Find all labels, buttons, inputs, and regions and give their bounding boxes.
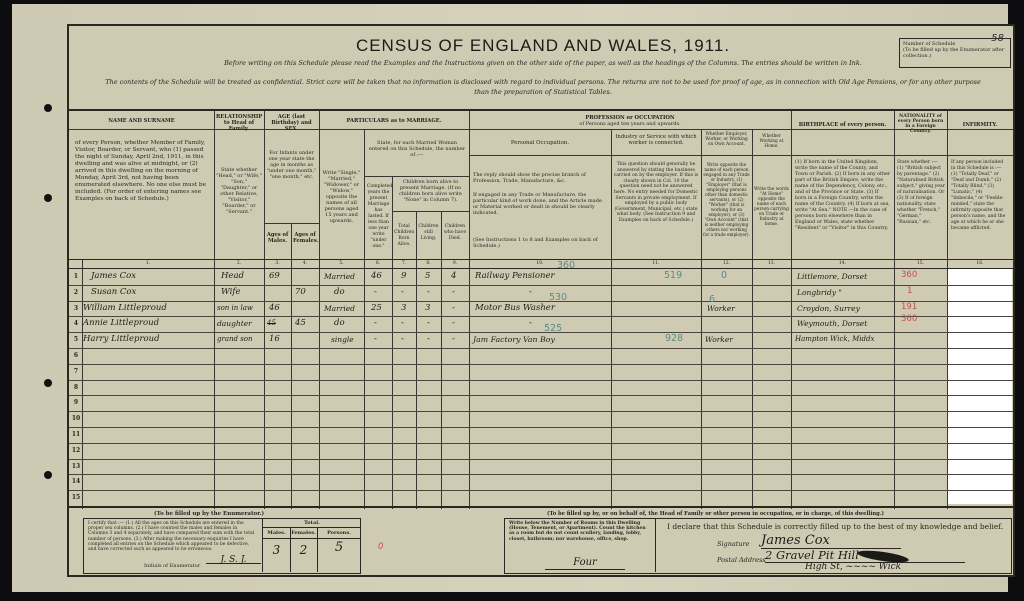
enumerator-initials: J. S. J. (206, 557, 261, 564)
column-number: 15. (894, 260, 947, 268)
cell-children-living: - (427, 332, 430, 347)
totals-table: Total. Males. Females. Persons. 3 2 5 (262, 519, 361, 572)
table-row-empty: 8 (69, 380, 1013, 397)
pencil-code: 525 (544, 323, 562, 334)
header-marriage-total: Total Children Born Alive. (392, 223, 416, 249)
cell-age-female: 70 (295, 285, 306, 300)
signature-label: Signature (717, 541, 750, 547)
cell-age-male: 46 (269, 301, 280, 316)
column-number: 12. (701, 260, 752, 268)
row-number: 12 (71, 443, 81, 458)
cell-employer: Worker (707, 301, 735, 316)
row-number: 13 (71, 459, 81, 474)
row-number: 6 (71, 348, 81, 363)
column-number: 13. (752, 260, 791, 268)
row-number: 7 (71, 364, 81, 379)
red-code: 1 (907, 286, 912, 296)
cell-name: Annie Littleproud (83, 316, 159, 331)
cell-children-living: - (427, 285, 430, 300)
enumerator-caption: (To be filled up by the Enumerator.) (154, 511, 264, 517)
header-birthplace-title: BIRTHPLACE of every person. (791, 121, 894, 129)
row-number: 2 (71, 285, 81, 300)
header-relationship-body: State whether "Head," or "Wife," "Son," … (214, 166, 264, 216)
row-number: 14 (71, 474, 81, 489)
signature: James Cox (761, 533, 901, 549)
cell-age-male: 69 (269, 269, 280, 284)
header-divider (69, 129, 1013, 130)
red-code: 360 (901, 270, 917, 280)
cell-relationship: daughter (217, 316, 252, 331)
punch-hole (44, 104, 52, 112)
pencil-code: 519 (664, 270, 682, 281)
row-number: 5 (71, 332, 81, 347)
table-row-empty: 10 (69, 411, 1013, 428)
header-divider (470, 155, 611, 156)
table-row-empty: 11 (69, 427, 1013, 444)
rooms-box: Write below the Number of Rooms in this … (505, 519, 656, 572)
cell-total-children: - (401, 332, 404, 347)
rooms-instruction: Write below the Number of Rooms in this … (509, 521, 651, 542)
header-marriage-write: Write "Single," "Married," "Widower," or… (319, 169, 364, 225)
pencil-code: 0 (721, 270, 727, 281)
table-row-empty: 7 (69, 364, 1013, 381)
row-number: 10 (71, 411, 81, 426)
table-row: 1 James Cox Head 69 Married 46 9 5 4 Rai… (69, 269, 1013, 286)
census-table: NAME AND SURNAME of every Person, whethe… (69, 109, 1013, 509)
red-code: 191 (901, 302, 917, 312)
cell-name: James Cox (91, 269, 136, 284)
row-number: 11 (71, 427, 81, 442)
cell-relationship: son in law (217, 301, 253, 316)
punch-hole (44, 471, 52, 479)
cell-children-died: - (452, 332, 455, 347)
cell-occupation: - (529, 316, 532, 331)
table-row-empty: 13 (69, 459, 1013, 476)
row-number: 4 (71, 316, 81, 331)
header-personal-occupation: Personal Occupation. (469, 139, 611, 147)
cell-name: Susan Cox (91, 285, 136, 300)
header-personal-body-1: The reply should show the precise branch… (471, 171, 609, 185)
header-divider (393, 211, 469, 212)
cell-marriage: Married (324, 301, 355, 316)
table-row: 2 Susan Cox Wife 70 do - - - - - Longbri… (69, 285, 1013, 302)
row-number: 3 (71, 301, 81, 316)
totals-persons-label: Persons. (317, 530, 361, 536)
header-employer-body: Write opposite the name of each person e… (701, 161, 752, 238)
cell-occupation: - (529, 285, 532, 300)
cell-years: 46 (371, 269, 382, 284)
punch-hole (44, 379, 52, 387)
column-number: 2. (214, 260, 264, 268)
header-marriage-died: Children who have Died. (441, 223, 469, 243)
cell-children-died: - (452, 316, 455, 331)
column-number: 14. (791, 260, 894, 268)
schedule-number-box: Number of Schedule 58 (To be filled up b… (899, 38, 1011, 68)
cell-marriage: do (334, 285, 345, 300)
cell-relationship: Head (221, 269, 244, 284)
header-home-body: Write the words "At Home" opposite the n… (752, 186, 791, 228)
document-title: CENSUS OF ENGLAND AND WALES, 1911. (69, 36, 1017, 56)
cell-employer: Worker (705, 332, 733, 347)
cell-birthplace: Hampton Wick, Middx (795, 332, 874, 347)
header-divider (365, 176, 469, 177)
column-number: 16. (947, 260, 1013, 268)
column-number: 5. (319, 260, 364, 268)
header-relationship-title: RELATIONSHIP to Head of Family. (214, 113, 264, 133)
cell-birthplace: Weymouth, Dorset (797, 316, 867, 331)
cell-years: 25 (371, 301, 382, 316)
declaration: I declare that this Schedule is correctl… (667, 522, 1003, 531)
cell-marriage: single (331, 332, 354, 347)
header-nationality-title: NATIONALITY of every Person born in a Fo… (894, 113, 947, 135)
cell-total-children: 3 (401, 301, 406, 316)
cell-children-died: - (452, 285, 455, 300)
header-infirmity-title: INFIRMITY. (947, 121, 1013, 129)
column-number: 11. (611, 260, 701, 268)
postal-address-label: Postal Address (717, 557, 766, 563)
header-divider (753, 155, 791, 156)
table-row-empty: 9 (69, 395, 1013, 412)
cell-relationship: grand son (217, 332, 253, 347)
cell-total-children: 9 (401, 269, 406, 284)
header-employer: Whether Employer, Worker, or Working on … (701, 131, 752, 148)
table-row-empty: 14 (69, 474, 1013, 491)
red-code: 360 (901, 314, 917, 324)
schedule-number-note: (To be filled up by the Enumerator after… (903, 47, 1007, 59)
cell-years: - (374, 332, 377, 347)
header-divider (702, 155, 752, 156)
cell-children-living: 3 (425, 301, 430, 316)
column-number: 4. (291, 260, 319, 268)
column-number: 10. (469, 260, 611, 268)
cell-children-died: - (452, 301, 455, 316)
cell-occupation: Railway Pensioner (475, 269, 555, 284)
column-number: 9. (441, 260, 469, 268)
cell-name: William Littleproud (83, 301, 167, 316)
totals-females: 2 (290, 543, 317, 557)
header-name-body: of every Person, whether Member of Famil… (73, 139, 213, 204)
cell-age-male: 16 (269, 332, 280, 347)
header-age-title: AGE (last Birthday) and SEX. (264, 113, 319, 133)
row-number: 9 (71, 395, 81, 410)
header-marriage-living: Children still Living. (416, 223, 441, 243)
rooms-value: Four (545, 557, 625, 570)
header-name-title: NAME AND SURNAME (69, 117, 214, 125)
totals-males: 3 (263, 543, 290, 557)
enumerator-initials-label: Initials of Enumerator (144, 563, 200, 569)
cell-children-living: - (427, 316, 430, 331)
table-row-empty: 6 (69, 348, 1013, 365)
column-number: 6. (364, 260, 392, 268)
header-age-body: For Infants under one year state the age… (264, 149, 319, 181)
cell-birthplace: Littlemore, Dorset (797, 269, 867, 284)
header-nationality-body: State whether :— (1) "British subject by… (895, 159, 947, 227)
cell-age-female: 45 (295, 316, 306, 331)
header-marriage-state: State, for each Married Woman entered on… (365, 139, 469, 159)
table-row: 3 William Littleproud son in law 46 Marr… (69, 301, 1013, 318)
confidential-line-1: The contents of the Schedule will be tre… (69, 78, 1017, 86)
totals-label: Total. (263, 520, 361, 526)
cell-occupation: Motor Bus Washer (475, 301, 555, 316)
totals-males-label: Males. (263, 530, 290, 536)
schedule-number-value: 58 (991, 36, 1004, 42)
row-number: 1 (71, 269, 81, 284)
column-number: 8. (416, 260, 441, 268)
table-row-empty: 12 (69, 443, 1013, 460)
cell-children-living: 5 (425, 269, 430, 284)
header-divider (265, 223, 319, 224)
cell-name: Harry Littleproud (83, 332, 160, 347)
instruction-line: Before writing on this Schedule please r… (69, 59, 1017, 67)
header-divider (792, 155, 1013, 156)
table-row-empty: 15 (69, 490, 1013, 508)
head-section-box: Write below the Number of Rooms in this … (504, 518, 1012, 574)
punch-hole (44, 194, 52, 202)
cell-total-children: - (401, 285, 404, 300)
column-number: 3. (264, 260, 291, 268)
census-schedule-page: CENSUS OF ENGLAND AND WALES, 1911. Befor… (12, 4, 1008, 592)
cell-occupation: Jam Factory Van Boy (473, 332, 555, 347)
header-age-males: Ages of Males. (264, 231, 291, 245)
table-row: 5 Harry Littleproud grand son 16 single … (69, 332, 1013, 349)
header-birthplace-body: (1) If born in the United Kingdom, write… (793, 159, 893, 233)
header-infirmity-body: If any person included in this Schedule … (949, 159, 1011, 233)
header-marriage-completed: Completed years the present Marriage has… (365, 183, 392, 251)
pencil-code: 530 (549, 292, 567, 303)
header-industry-body: This question should generally be answer… (611, 161, 701, 225)
schedule-frame: CENSUS OF ENGLAND AND WALES, 1911. Befor… (67, 24, 1015, 577)
header-personal-body-2: If engaged in any Trade or Manufacture, … (471, 191, 609, 217)
header-home: Whether Working at Home. (752, 133, 791, 150)
cell-marriage: Married (324, 269, 355, 284)
cell-marriage: do (334, 316, 345, 331)
pencil-code: 928 (665, 333, 683, 344)
red-mark: 0 (378, 542, 383, 552)
totals-females-label: Females. (290, 530, 317, 536)
cell-children-died: 4 (451, 269, 456, 284)
header-profession-subtitle: of Persons aged ten years and upwards. (469, 120, 791, 128)
column-number: 1. (82, 260, 214, 268)
cell-relationship: Wife (221, 285, 240, 300)
cell-total-children: - (401, 316, 404, 331)
header-divider (612, 155, 701, 156)
enumerator-box: I certify that :— (1.) All the ages on t… (83, 518, 361, 574)
table-row: 4 Annie Littleproud daughter 45 45 do - … (69, 316, 1013, 333)
header-industry: Industry or Service with which worker is… (611, 133, 701, 147)
row-number: 15 (71, 490, 81, 505)
header-personal-body-3: (See Instructions 1 to 8 and Examples on… (471, 236, 609, 250)
head-section-caption: (To be filled up by, or on behalf of, th… (547, 511, 884, 517)
postal-address-line-2: High St, ~~~~ Wick (805, 562, 1005, 572)
header-age-females: Ages of Females. (291, 231, 319, 245)
column-number: 7. (392, 260, 416, 268)
header-marriage-title: PARTICULARS as to MARRIAGE. (319, 117, 469, 125)
enumerator-certify: I certify that :— (1.) All the ages on t… (88, 521, 258, 552)
cell-birthplace: Croydon, Surrey (797, 301, 860, 316)
header-marriage-children: Children born alive to present Marriage.… (392, 178, 469, 204)
cell-years: - (374, 316, 377, 331)
row-number: 8 (71, 380, 81, 395)
cell-years: - (374, 285, 377, 300)
totals-persons: 5 (317, 541, 361, 555)
confidential-line-2: than the preparation of Statistical Tabl… (69, 88, 1017, 96)
pencil-code: 360 (557, 260, 575, 271)
cell-age-male-struck: 45 (267, 316, 276, 331)
cell-birthplace: Longbridy " (797, 285, 842, 300)
